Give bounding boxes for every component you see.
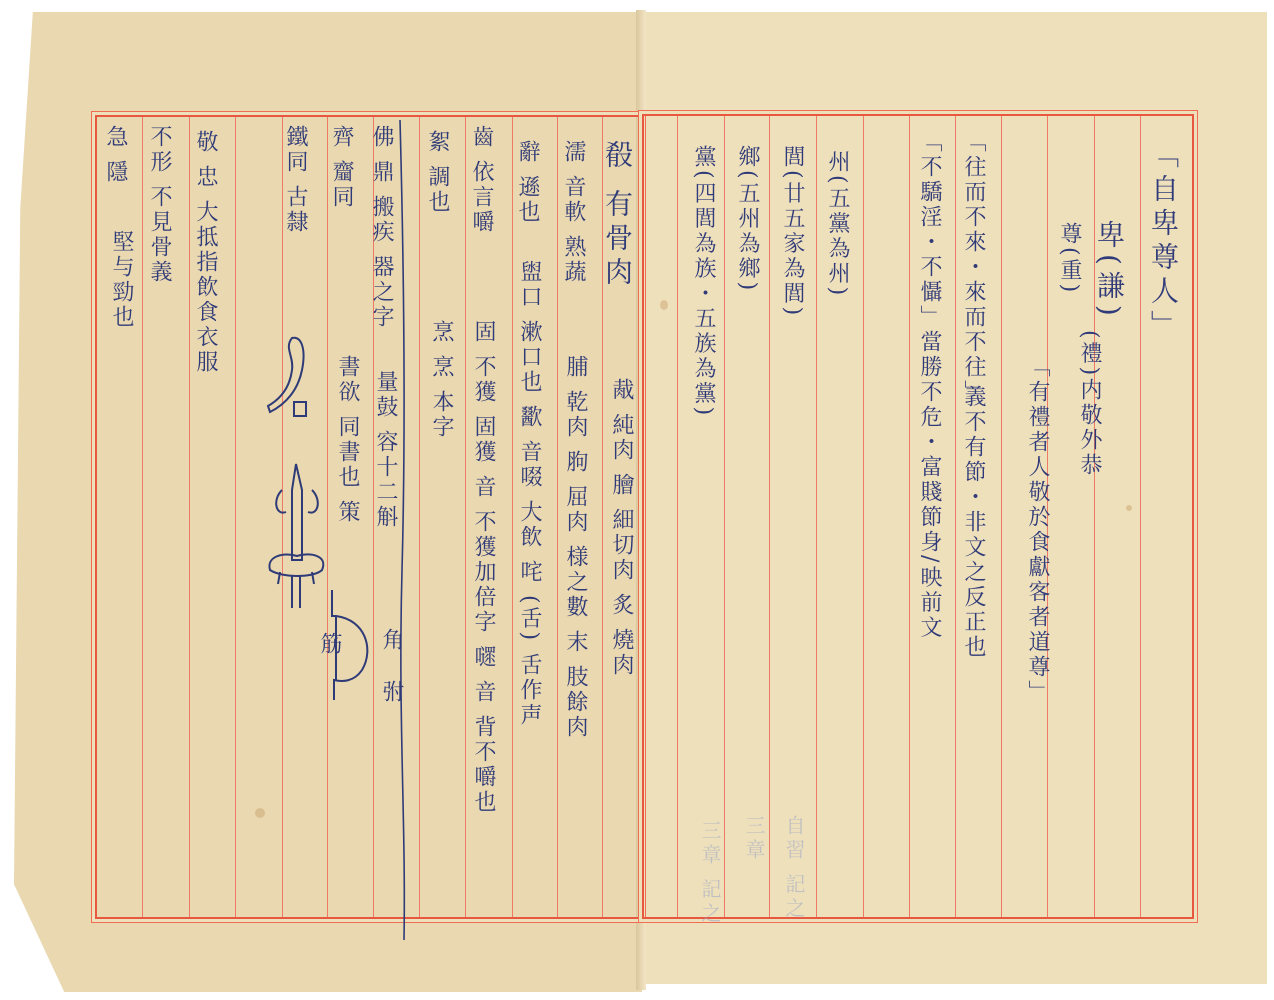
column-entry-note: 「有禮者人敬於食獻客者道尊」 (1020, 355, 1054, 705)
column-entry: 鐵同 古隸 (278, 125, 312, 235)
column-rule (909, 116, 910, 917)
faint-pencil-note: 三章 (740, 815, 769, 863)
sketch-label: 筋 (312, 632, 346, 657)
column-entry-note: 義不有節・非文之反正也 (956, 385, 990, 660)
column-entry: 卑(謙) (1092, 220, 1126, 322)
hand-drawn-divider (392, 120, 412, 940)
column-rule (419, 117, 420, 917)
column-entry: 齒 依言嚼 (464, 125, 498, 235)
column-entry-note: 固 不獲 固獲 音 不獲加倍字 嚃 音 背不嚼也 (466, 320, 500, 815)
column-entry: 閭(廿五家為閭) (775, 145, 809, 318)
column-rule (677, 116, 678, 917)
column-rule (816, 116, 817, 917)
column-entry: 「往而不來・來而不往」 (956, 130, 990, 405)
column-rule (1001, 116, 1002, 917)
column-entry-note: 烹 烹 本字 (424, 320, 458, 440)
column-rule (1140, 116, 1141, 917)
column-entry: 州(五黨為州) (820, 150, 854, 298)
faint-pencil-note: 三章 記之 (696, 820, 725, 926)
column-entry: 敬 忠 大抵指飲食衣服 (188, 130, 222, 375)
faint-pencil-note: 自習 記之 (780, 815, 809, 921)
column-entry: (禮)内敬外恭 (1072, 330, 1106, 478)
column-rule (235, 117, 236, 917)
column-entry-note: 脯 乾肉 胊 屈肉 様之數 末 肢餘肉 (558, 355, 592, 740)
column-entry: 黨(四閭為族・五族為黨) (686, 145, 720, 418)
column-rule (724, 116, 725, 917)
sketch-halberd-icon (262, 460, 332, 610)
column-rule (863, 116, 864, 917)
column-entry: 殽 有骨肉 (600, 140, 634, 291)
column-title: 「自卑尊人」 (1146, 140, 1180, 344)
column-rule (769, 116, 770, 917)
column-entry: 不形 不見骨義 (142, 125, 176, 285)
column-entry: 齊 齏同 (324, 125, 358, 210)
column-entry: 辭 遜也 (510, 140, 544, 225)
column-entry: 「不驕淫・不懾」 (912, 130, 946, 330)
column-entry-note: 盥口 漱口也 歠 音啜 大飲 咤 (舌) 舌作声 (512, 260, 546, 728)
column-entry: 絮 調也 (420, 130, 454, 215)
column-entry-note: 堅与勁也 (104, 230, 138, 330)
column-entry-note: 胾 純肉 膾 細切肉 炙 燒肉 (604, 378, 638, 678)
sketch-ladle-icon (262, 330, 322, 420)
column-entry-note: 當勝不危・富賤節身/映前文 (912, 330, 946, 640)
column-entry-note: 尊(重) (1052, 222, 1086, 295)
column-entry: 鄉(五州為鄉) (730, 145, 764, 293)
column-entry: 濡 音軟 熟蔬 (556, 140, 590, 285)
column-entry-note: 書欲 同書也 策 (330, 355, 364, 525)
column-entry: 急 隱 (98, 125, 132, 185)
